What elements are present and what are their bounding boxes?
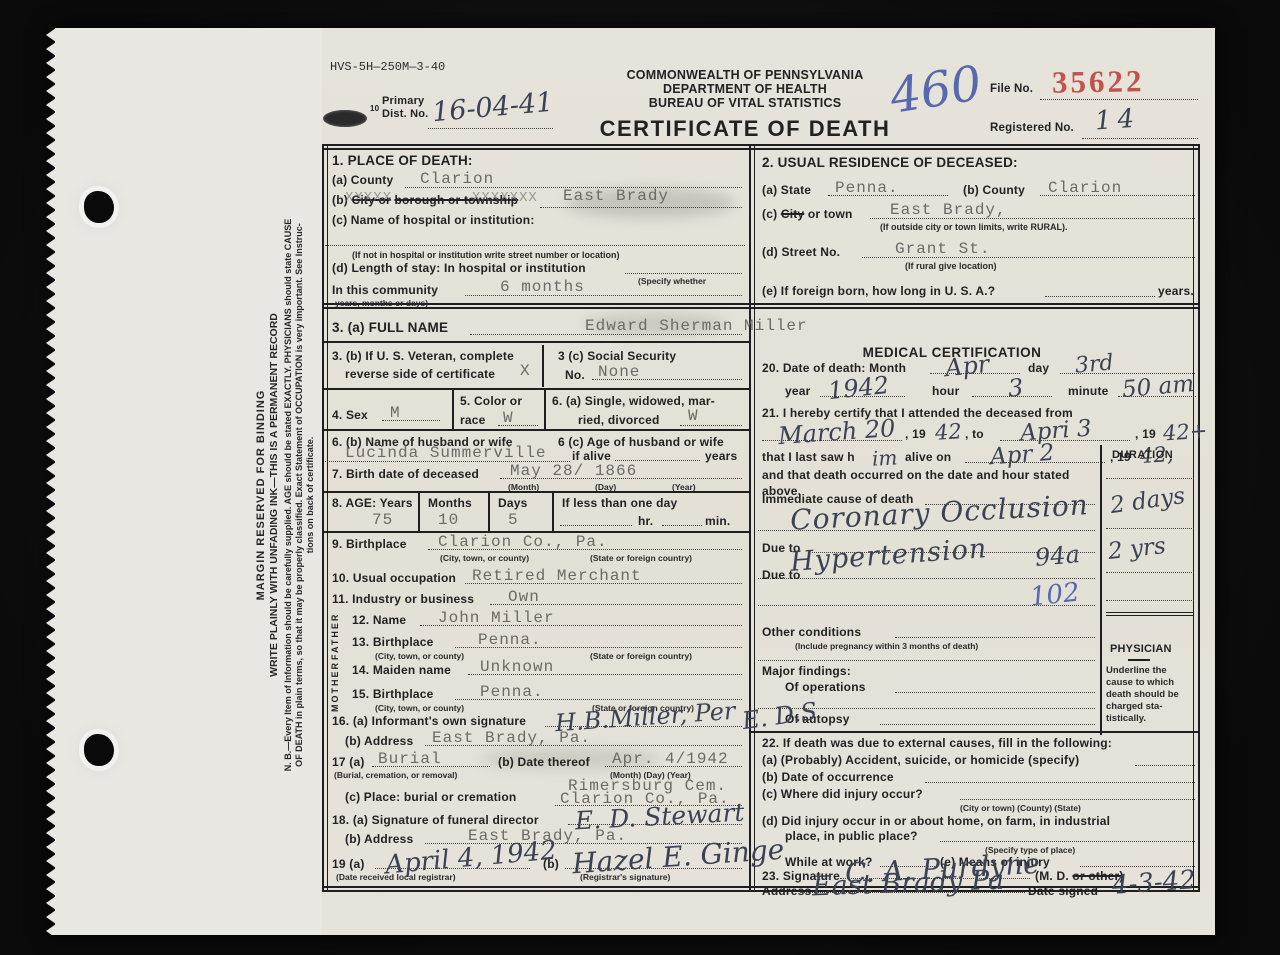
date-thereof-label: (b) Date thereof bbox=[498, 755, 590, 769]
him-handwritten: im bbox=[871, 445, 898, 470]
hospital-note: (If not in hospital or institution write… bbox=[352, 250, 620, 260]
date-signed-label: Date signed bbox=[1028, 884, 1098, 898]
duration-header: DURATION bbox=[1112, 449, 1173, 461]
father-bp-note-2: (State or foreign country) bbox=[590, 651, 692, 661]
registered-no-label: Registered No. bbox=[990, 122, 1074, 134]
veteran-label-2: reverse side of certificate bbox=[345, 367, 495, 381]
dist-no-label: Dist. No. bbox=[382, 108, 428, 120]
ssn-label-2: No. bbox=[565, 368, 585, 382]
city-borough-value: East Brady bbox=[563, 187, 669, 205]
registrar-sig-prefix: (b) bbox=[543, 857, 559, 871]
of-operations-label: Of operations bbox=[785, 680, 866, 694]
spouse-name-value: Lucinda Summerville bbox=[345, 444, 546, 462]
margin-line-2: WRITE PLAINLY WITH UNFADING INK—THIS IS … bbox=[268, 64, 280, 926]
rural-note: (If outside city or town limits, write R… bbox=[880, 222, 1068, 232]
hospital-label: (c) Name of hospital or institution: bbox=[332, 213, 535, 227]
dod-month-value: Apr bbox=[944, 350, 991, 382]
mother-group-label: MOTHER bbox=[330, 664, 340, 712]
marital-value: W bbox=[688, 407, 699, 425]
primary-label: Primary bbox=[382, 95, 424, 107]
mother-maiden-label: 14. Maiden name bbox=[352, 663, 451, 677]
if-alive-label: if alive bbox=[572, 449, 611, 463]
to-label: , to bbox=[965, 427, 984, 441]
perforated-edge bbox=[44, 28, 56, 935]
date-signed-value: 4-3-42 bbox=[1111, 865, 1197, 901]
occupation-label: 10. Usual occupation bbox=[332, 571, 456, 585]
dod-day-label: day bbox=[1028, 361, 1049, 375]
length-of-stay-label: (d) Length of stay: In hospital or insti… bbox=[332, 261, 586, 275]
street-no-label: (d) Street No. bbox=[762, 245, 840, 259]
or-town-text: or town bbox=[808, 207, 853, 221]
mother-bp-note-1: (City, town, or county) bbox=[375, 703, 464, 713]
age-years-value: 75 bbox=[372, 511, 393, 529]
external-causes-title: 22. If death was due to external causes,… bbox=[762, 736, 1112, 750]
spouse-age-label: 6 (c) Age of husband or wife bbox=[558, 435, 724, 449]
certificate-title: CERTIFICATE OF DEATH bbox=[565, 116, 925, 142]
in-this-community-label: In this community bbox=[332, 283, 438, 297]
marital-label-1: 6. (a) Single, widowed, mar- bbox=[552, 394, 715, 408]
informant-label: 16. (a) Informant's own signature bbox=[332, 714, 526, 728]
file-no-label: File No. bbox=[990, 83, 1033, 95]
registrar-date-label: 19 (a) bbox=[332, 857, 365, 871]
father-group-label: FATHER bbox=[330, 612, 340, 660]
agency-line-3: BUREAU OF VITAL STATISTICS bbox=[565, 96, 925, 110]
burial-item-label: 17 (a) bbox=[332, 755, 365, 769]
form-code: HVS-5H—250M—3-40 bbox=[330, 60, 445, 74]
punch-hole-bottom bbox=[84, 734, 114, 766]
hr-label: hr. bbox=[638, 514, 653, 528]
md-text: (M. D. bbox=[1035, 869, 1069, 883]
dod-hour-value: 3 bbox=[1007, 373, 1025, 402]
informant-address-label: (b) Address bbox=[345, 734, 413, 748]
min-label: min. bbox=[705, 514, 730, 528]
file-no-stamp: 35622 bbox=[1052, 63, 1145, 101]
years-suffix: years. bbox=[1158, 284, 1194, 298]
date-occurrence-label: (b) Date of occurrence bbox=[762, 770, 894, 784]
father-name-label: 12. Name bbox=[352, 613, 406, 627]
rural-location-note: (If rural give location) bbox=[905, 261, 997, 271]
city-town-label: (c) City or town bbox=[762, 207, 853, 221]
printed-19-b: , 19 bbox=[1135, 427, 1156, 441]
ssn-label-1: 3 (c) Social Security bbox=[558, 349, 676, 363]
director-address-label: (b) Address bbox=[345, 832, 413, 846]
marital-label-2: ried, divorced bbox=[578, 413, 660, 427]
agency-line-2: DEPARTMENT OF HEALTH bbox=[565, 82, 925, 96]
industry-label: 11. Industry or business bbox=[332, 592, 474, 606]
dod-minute-label: minute bbox=[1068, 384, 1109, 398]
physician-header: PHYSICIAN bbox=[1110, 643, 1172, 655]
res-county-label: (b) County bbox=[963, 183, 1025, 197]
due-to-2-label: Due to bbox=[762, 568, 801, 582]
color-race-label-2: race bbox=[460, 413, 486, 427]
other-conditions-label: Other conditions bbox=[762, 625, 861, 639]
funeral-director-label: 18. (a) Signature of funeral director bbox=[332, 813, 539, 827]
registered-no-value: 14 bbox=[1094, 103, 1141, 136]
printed-19-a: , 19 bbox=[905, 427, 926, 441]
alive-on-text: alive on bbox=[905, 450, 951, 464]
years-months-days-note: years, months or days) bbox=[335, 298, 428, 308]
physician-address-label: Address bbox=[762, 884, 811, 898]
cause-code-1: 94a bbox=[1034, 540, 1081, 572]
full-name-label: 3. (a) FULL NAME bbox=[332, 320, 448, 335]
birthplace-note-2: (State or foreign country) bbox=[590, 553, 692, 563]
foreign-born-label: (e) If foreign born, how long in U. S. A… bbox=[762, 284, 995, 298]
father-birthplace-label: 13. Birthplace bbox=[352, 635, 434, 649]
veteran-label-1: 3. (b) If U. S. Veteran, complete bbox=[332, 349, 514, 363]
father-bp-note-1: (City, town, or county) bbox=[375, 651, 464, 661]
if-alive-years-label: years bbox=[705, 449, 737, 463]
margin-line-1: MARGIN RESERVED FOR BINDING bbox=[255, 64, 267, 926]
mother-birthplace-label: 15. Birthplace bbox=[352, 687, 434, 701]
veteran-value: X bbox=[520, 362, 531, 380]
scanned-death-certificate: MARGIN RESERVED FOR BINDING WRITE PLAINL… bbox=[0, 0, 1280, 955]
city-struck: City bbox=[781, 207, 804, 221]
age-years-label: 8. AGE: Years bbox=[332, 496, 413, 510]
full-name-value: Edward Sherman Miller bbox=[585, 317, 808, 335]
margin-line-4: OF DEATH in plain terms, so that it may … bbox=[294, 64, 304, 926]
from-year-value: 42 bbox=[934, 419, 962, 445]
major-findings-label: Major findings: bbox=[762, 664, 851, 678]
specify-whether-note: (Specify whether bbox=[638, 276, 706, 286]
accident-suicide-label: (a) (Probably) Accident, suicide, or hom… bbox=[762, 753, 1079, 767]
dod-day-value: 3rd bbox=[1074, 350, 1115, 378]
pregnancy-note: (Include pregnancy within 3 months of de… bbox=[795, 641, 978, 651]
certify-line-3: and that death occurred on the date and … bbox=[762, 468, 1070, 482]
registrar-sig-note: (Registrar's signature) bbox=[580, 872, 670, 882]
birthplace-note-1: (City, town, or county) bbox=[440, 553, 529, 563]
registrar-date-note: (Date received local registrar) bbox=[336, 872, 456, 882]
injury-location-label-1: (d) Did injury occur in or about home, o… bbox=[762, 814, 1110, 828]
dod-hour-label: hour bbox=[932, 384, 959, 398]
typed-xes: XXXXXXX bbox=[472, 190, 538, 206]
age-months-label: Months bbox=[428, 496, 472, 510]
punch-hole-top bbox=[84, 191, 114, 223]
physician-note: Underline the cause to which death shoul… bbox=[1106, 665, 1196, 725]
typed-xes: XXXXX bbox=[345, 190, 392, 206]
age-months-value: 10 bbox=[438, 511, 459, 529]
sex-label: 4. Sex bbox=[332, 408, 368, 422]
printers-union-bug-icon bbox=[323, 110, 367, 127]
place-of-death-title: 1. PLACE OF DEATH: bbox=[332, 153, 473, 168]
agency-line-1: COMMONWEALTH OF PENNSYLVANIA bbox=[565, 68, 925, 82]
birthplace-label: 9. Birthplace bbox=[332, 537, 407, 551]
last-saw-text: that I last saw h bbox=[762, 450, 855, 464]
certify-line-1: 21. I hereby certify that I attended the… bbox=[762, 406, 1073, 420]
burial-place-label: (c) Place: burial or cremation bbox=[345, 790, 516, 804]
county-value: Clarion bbox=[420, 170, 494, 188]
street-no-value: Grant St. bbox=[895, 240, 990, 258]
where-injury-label: (c) Where did injury occur? bbox=[762, 787, 923, 801]
burial-note: (Burial, cremation, or removal) bbox=[334, 770, 457, 780]
injury-location-label-2: place, in public place? bbox=[785, 829, 918, 843]
color-race-label-1: 5. Color or bbox=[460, 394, 522, 408]
binding-margin-text: MARGIN RESERVED FOR BINDING WRITE PLAINL… bbox=[255, 64, 315, 926]
county-label: (a) County bbox=[332, 173, 393, 187]
cause-code-2: 102 bbox=[1029, 577, 1082, 612]
margin-line-5: tions on back of certificate. bbox=[305, 64, 315, 926]
age-days-value: 5 bbox=[508, 511, 519, 529]
bug-number: 10 bbox=[370, 104, 379, 113]
where-injury-note: (City or town) (County) (State) bbox=[960, 803, 1081, 813]
age-days-label: Days bbox=[498, 496, 528, 510]
community-length-value: 6 months bbox=[500, 278, 585, 296]
city-town-prefix: (c) bbox=[762, 207, 777, 221]
usual-residence-title: 2. USUAL RESIDENCE OF DECEASED: bbox=[762, 155, 1018, 170]
last-saw-date-value: Apr 2 bbox=[989, 440, 1055, 470]
city-town-value: East Brady, bbox=[890, 201, 1007, 219]
less-than-day-label: If less than one day bbox=[562, 496, 677, 510]
birth-date-label: 7. Birth date of deceased bbox=[332, 467, 479, 481]
dod-year-label: year bbox=[785, 384, 811, 398]
margin-line-3: N. B.—Every Item of Information should b… bbox=[283, 64, 293, 926]
state-label: (a) State bbox=[762, 183, 811, 197]
